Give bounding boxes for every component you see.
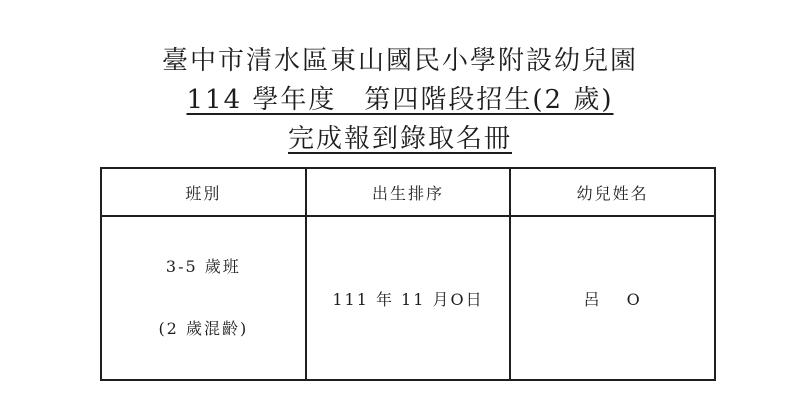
column-header-birth-order: 出生排序 — [306, 168, 511, 216]
column-header-class: 班別 — [101, 168, 306, 216]
class-note: (2 歲混齡) — [102, 317, 305, 341]
class-name: 3-5 歲班 — [102, 255, 305, 279]
roster-table: 班別 出生排序 幼兒姓名 3-5 歲班 (2 歲混齡) 111 年 11 月O日… — [100, 167, 716, 381]
document-header: 臺中市清水區東山國民小學附設幼兒園 114 學年度 第四階段招生(2 歲) 完成… — [0, 42, 800, 159]
cell-birth-order: 111 年 11 月O日 — [306, 216, 511, 380]
table-row: 3-5 歲班 (2 歲混齡) 111 年 11 月O日 呂 O — [101, 216, 715, 380]
cell-child-name: 呂 O — [510, 216, 715, 380]
admission-title: 114 學年度 第四階段招生(2 歲) — [0, 81, 800, 120]
document-page: 臺中市清水區東山國民小學附設幼兒園 114 學年度 第四階段招生(2 歲) 完成… — [0, 0, 800, 395]
table-header-row: 班別 出生排序 幼兒姓名 — [101, 168, 715, 216]
school-name: 臺中市清水區東山國民小學附設幼兒園 — [0, 42, 800, 81]
list-title: 完成報到錄取名冊 — [0, 120, 800, 159]
column-header-child-name: 幼兒姓名 — [510, 168, 715, 216]
cell-class: 3-5 歲班 (2 歲混齡) — [101, 216, 306, 380]
